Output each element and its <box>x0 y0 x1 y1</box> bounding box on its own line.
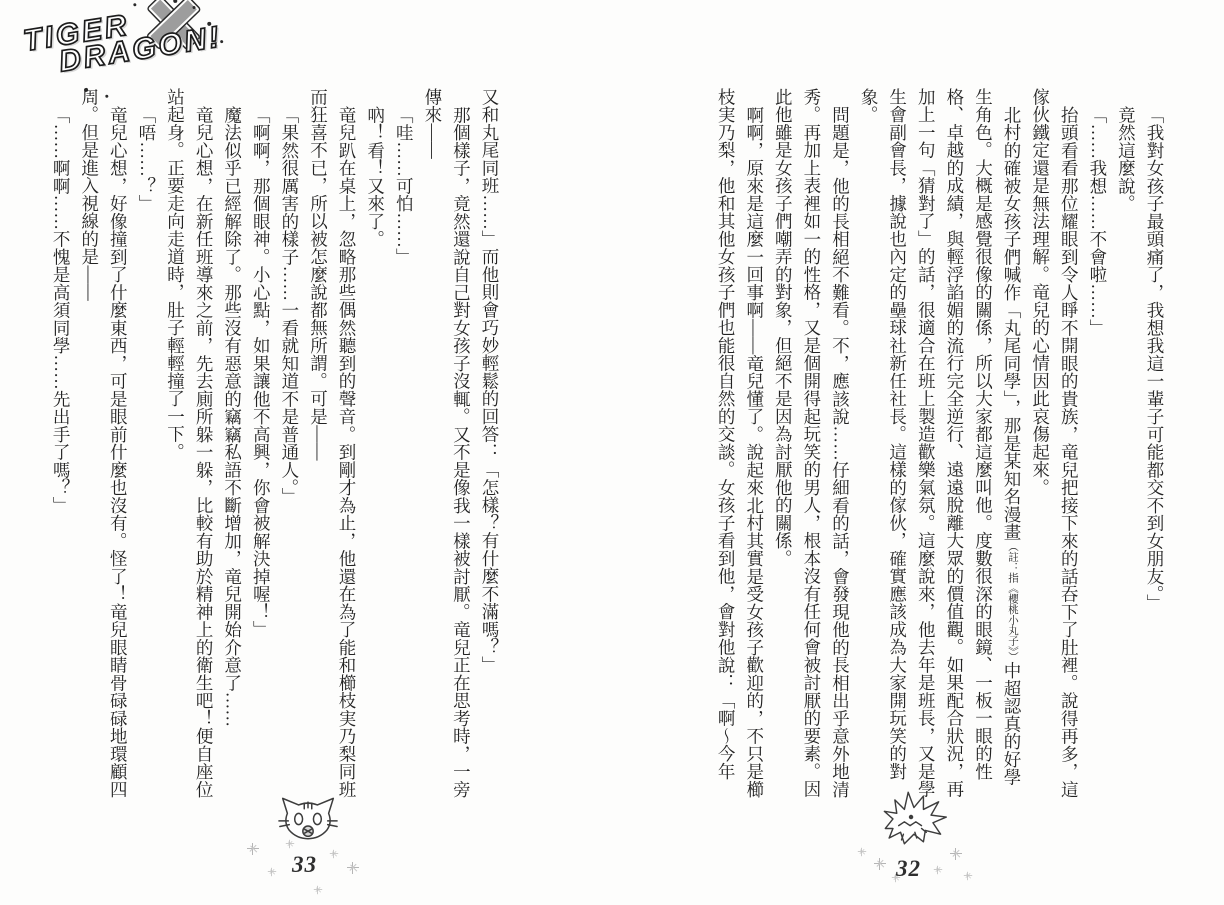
paragraph: 「我對女孩子最頭痛了，我想我這一輩子可能都交不到女朋友。」 <box>1140 88 1169 800</box>
scanned-book-spread: { "logo": { "word1": "TIGER", "word2": "… <box>0 0 1224 905</box>
paragraph: 北村的確被女孩子們喊作「丸尾同學」，那是某知名漫畫（註：指《櫻桃小丸子》）中超認… <box>854 88 1026 800</box>
text-run: 吶！看！又來了。 <box>366 106 386 248</box>
paragraph: 啊啊，原來是這麼一回事啊——竜兒懂了。說起來北村其實是受女孩子歡迎的，不只是櫛枝… <box>712 88 769 800</box>
sparkle-icon <box>247 843 259 855</box>
paragraph: 竜兒心想，好像撞到了什麼東西，可是眼前什麼也沒有。怪了！竜兒眼睛骨碌碌地環顧四周… <box>75 88 132 800</box>
paragraph: 「……我想……不會啦……」 <box>1083 88 1112 800</box>
text-run: 那個樣子，竟然還說自己對女孩子沒輒。又不是像我一樣被討厭。竜兒正在思考時，一旁傳… <box>423 88 472 798</box>
sparkle-icon <box>347 862 359 874</box>
sparkle-icon <box>330 850 338 858</box>
paragraph: 「啊啊，那個眼神。小心點，如果讓他不高興，你會被解決掉喔！」 <box>247 88 276 800</box>
sparkle-icon <box>874 858 886 870</box>
text-run: 又和丸尾同班……」而他則會巧妙輕鬆的回答：「怎樣？有什麼不滿嗎？」 <box>480 88 500 674</box>
text-run: 「我對女孩子最頭痛了，我想我這一輩子可能都交不到女朋友。」 <box>1145 106 1165 612</box>
text-run: 竜兒心想，在新任班導來之前，先去廁所躲一躲，比較有助於精神上的衛生吧！便自座位站… <box>165 88 214 798</box>
page-32-text: 「我對女孩子最頭痛了，我想我這一輩子可能都交不到女朋友。」竟然這麼說。「……我想… <box>697 88 1169 800</box>
paragraph: 魔法似乎已經解除了。那些沒有惡意的竊竊私語不斷增加，竜兒開始介意了…… <box>218 88 247 800</box>
paragraph: 問題是，他的長相絕不難看。不，應該說……仔細看的話，會發現他的長相出乎意外地清秀… <box>769 88 855 800</box>
page-number-right: 32 <box>896 856 921 882</box>
text-run: 「果然很厲害的樣子……一看就知道不是普通人。」 <box>280 106 300 506</box>
sparkle-icon <box>934 866 942 874</box>
text-run: 竜兒心想，好像撞到了什麼東西，可是眼前什麼也沒有。怪了！竜兒眼睛骨碌碌地環顧四周… <box>80 88 129 798</box>
logo-sparkle-dot <box>133 3 136 6</box>
text-run: 啊啊，原來是這麼一回事啊——竜兒懂了。說起來北村其實是受女孩子歡迎的，不只是櫛枝… <box>716 88 765 798</box>
paragraph: 抬頭看看那位耀眼到令人睜不開眼的貴族，竜兒把接下來的話吞下了肚裡。說得再多，這傢… <box>1026 88 1083 800</box>
cat-doodle-icon <box>278 792 338 846</box>
paragraph: 那個樣子，竟然還說自己對女孩子沒輒。又不是像我一樣被討厭。竜兒正在思考時，一旁傳… <box>418 88 475 800</box>
paragraph: 「唔……？」 <box>132 88 161 800</box>
text-run: 「唔……？」 <box>137 106 157 213</box>
paragraph: 竜兒心想，在新任班導來之前，先去廁所躲一躲，比較有助於精神上的衛生吧！便自座位站… <box>161 88 218 800</box>
sparkle-icon <box>268 868 276 876</box>
text-run: 竟然這麼說。 <box>1116 106 1136 213</box>
paragraph: 吶！看！又來了。 <box>361 88 390 800</box>
text-run: 抬頭看看那位耀眼到令人睜不開眼的貴族，竜兒把接下來的話吞下了肚裡。說得再多，這傢… <box>1031 88 1080 798</box>
paragraph: 竜兒趴在桌上，忽略那些偶然聽到的聲音。到剛才為止，他還在為了能和櫛枝実乃梨同班而… <box>304 88 361 800</box>
text-run: 「……我想……不會啦……」 <box>1088 106 1108 337</box>
sparkle-icon <box>286 840 294 848</box>
sparkle-icon <box>964 872 972 880</box>
inline-note: （註：指《櫻桃小丸子》） <box>1007 541 1018 662</box>
sparkle-icon <box>314 886 322 894</box>
dragon-doodle-icon <box>872 786 952 850</box>
sparkle-icon <box>858 848 866 856</box>
text-run: 竜兒趴在桌上，忽略那些偶然聽到的聲音。到剛才為止，他還在為了能和櫛枝実乃梨同班而… <box>308 88 357 798</box>
paragraph: 「哇……可怕……」 <box>390 88 419 800</box>
text-run: 「哇……可怕……」 <box>394 106 414 266</box>
text-run: 「……啊啊……不愧是高須同學……先出手了嗎？」 <box>51 106 71 514</box>
text-run: 問題是，他的長相絕不難看。不，應該說……仔細看的話，會發現他的長相出乎意外地清秀… <box>773 88 850 798</box>
paragraph: 竟然這麼說。 <box>1112 88 1141 800</box>
text-run: 「啊啊，那個眼神。小心點，如果讓他不高興，你會被解決掉喔！」 <box>251 106 271 639</box>
paragraph: 「……啊啊……不愧是高須同學……先出手了嗎？」 <box>47 88 76 800</box>
page-number-left: 33 <box>292 852 317 878</box>
sparkle-icon <box>950 848 962 860</box>
text-run: 魔法似乎已經解除了。那些沒有惡意的竊竊私語不斷增加，竜兒開始介意了…… <box>223 106 243 727</box>
page-33-text: 又和丸尾同班……」而他則會巧妙輕鬆的回答：「怎樣？有什麼不滿嗎？」那個樣子，竟然… <box>32 88 504 800</box>
paragraph: 「果然很厲害的樣子……一看就知道不是普通人。」 <box>275 88 304 800</box>
text-run: 中超認真的好學生角色。大概是感覺很像的關係，所以大家都這麼叫他。度數很深的眼鏡、… <box>859 88 1022 798</box>
text-run: 北村的確被女孩子們喊作「丸尾同學」，那是某知名漫畫 <box>1002 106 1022 541</box>
paragraph: 又和丸尾同班……」而他則會巧妙輕鬆的回答：「怎樣？有什麼不滿嗎？」 <box>475 88 504 800</box>
